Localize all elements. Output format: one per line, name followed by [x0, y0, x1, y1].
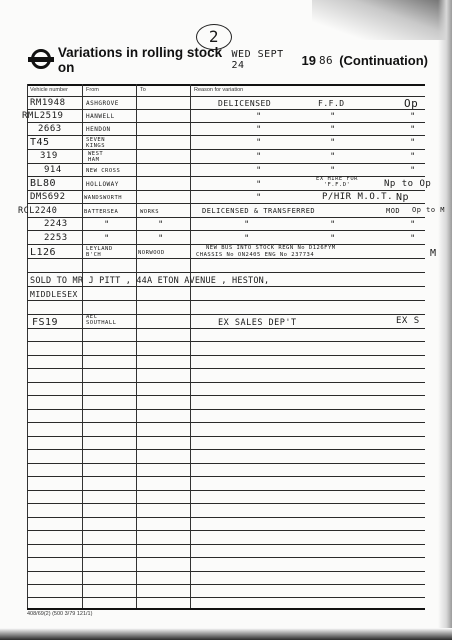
row-rule	[27, 176, 425, 177]
reason: "	[256, 152, 262, 162]
page-shadow-top	[312, 0, 452, 40]
sold-note-line1: SOLD TO MR J PITT , 44A ETON AVENUE , HE…	[30, 276, 269, 286]
row-rule	[27, 230, 425, 231]
vehicle-number: 319	[40, 151, 58, 161]
title-year-prefix: 19	[301, 53, 315, 68]
vehicle-number: 914	[44, 165, 62, 175]
table-bottom-rule	[27, 608, 425, 610]
row-rule	[27, 544, 425, 545]
reason-detail: "	[330, 138, 336, 148]
reason: DELICENSED	[218, 99, 271, 108]
from-depot: ASHGROVE	[86, 101, 119, 107]
reason: "	[244, 220, 250, 230]
reason-detail: "	[330, 112, 336, 122]
form-reference: 408/69(2) (500 3/79 121/1)	[27, 611, 92, 617]
status-code: Np to Op	[384, 179, 431, 189]
header-to: To	[140, 87, 146, 93]
status-code: "	[410, 220, 416, 230]
vehicle-number: BL80	[30, 178, 56, 189]
header-from: From	[86, 87, 99, 93]
reason: "	[256, 125, 262, 135]
status-code: "	[410, 112, 416, 122]
to-depot: "	[158, 220, 164, 230]
page-shadow-right	[438, 0, 452, 640]
reason: "	[256, 193, 262, 203]
to-depot: NORWOOD	[138, 250, 165, 256]
from-depot: AEC SOUTHALL	[86, 314, 122, 326]
reason-detail: MOD	[386, 207, 400, 215]
row-rule	[27, 258, 425, 259]
row-rule	[27, 557, 425, 558]
title-text: Variations in rolling stock on	[58, 45, 228, 75]
row-rule	[27, 355, 425, 356]
from-depot: HOLLOWAY	[86, 182, 119, 188]
from-depot: WANDSWORTH	[84, 195, 122, 201]
status-code: "	[410, 138, 416, 148]
row-rule	[27, 530, 425, 531]
to-depot: WORKS	[140, 209, 159, 215]
vehicle-number: RM1948	[30, 98, 66, 108]
reason-detail: F.F.D	[318, 99, 345, 108]
reason: EX SALES DEP'T	[218, 318, 297, 328]
vehicle-number: RCL2240	[18, 206, 57, 216]
status-code: Op to M	[412, 206, 445, 214]
title-date: WED SEPT 24	[232, 49, 298, 71]
header-vehicle-number: Vehicle number	[30, 87, 68, 93]
row-rule	[27, 422, 425, 423]
row-rule	[27, 436, 425, 437]
row-rule	[27, 463, 425, 464]
status-code: "	[410, 166, 416, 176]
reason-detail: EX HIRE FOR 'F.F.D'	[312, 176, 362, 188]
row-rule	[27, 449, 425, 450]
status-code: "	[410, 234, 416, 244]
row-rule	[27, 517, 425, 518]
row-rule	[27, 217, 425, 218]
reason: "	[256, 166, 262, 176]
reason: "	[256, 112, 262, 122]
row-rule	[27, 149, 425, 150]
row-rule	[27, 135, 425, 136]
row-rule	[27, 109, 425, 110]
title-continuation: (Continuation)	[339, 53, 428, 68]
row-rule	[27, 163, 425, 164]
from-depot: LEYLAND B'CH	[86, 246, 122, 258]
from-depot: "	[104, 220, 110, 230]
reason: NEW BUS INTO STOCK REGN No D126FYM	[206, 245, 336, 251]
row-rule	[27, 96, 425, 97]
reason: DELICENSED & TRANSFERRED	[202, 207, 315, 215]
row-rule	[27, 476, 425, 477]
reason: "	[256, 138, 262, 148]
status-code: M	[430, 248, 437, 259]
reason-detail: P/HIR M.O.T.	[322, 192, 393, 202]
from-depot: WEST HAM	[88, 151, 118, 163]
row-rule	[27, 571, 425, 572]
london-transport-roundel-icon	[28, 49, 52, 71]
header-reason: Reason for variation	[194, 87, 243, 93]
row-rule	[27, 203, 425, 204]
row-rule	[27, 328, 425, 329]
status-code: EX S	[396, 316, 420, 326]
row-rule	[27, 122, 425, 123]
row-rule	[27, 368, 425, 369]
vehicle-number: 2663	[38, 124, 62, 134]
vehicle-number: DMS692	[30, 192, 66, 202]
reason-detail: CHASSIS No ON2405 ENG No 237734	[196, 252, 314, 258]
title-year: 86	[319, 54, 333, 67]
row-rule	[27, 286, 425, 287]
vehicle-number: RML2519	[22, 111, 63, 121]
status-code: Np	[396, 192, 409, 203]
vehicle-number: L126	[30, 247, 56, 258]
row-rule	[27, 490, 425, 491]
from-depot: HENDON	[86, 127, 111, 133]
row-rule	[27, 584, 425, 585]
status-code: Op	[404, 97, 418, 110]
vehicle-number: 2253	[44, 233, 68, 243]
from-depot: NEW CROSS	[86, 168, 120, 174]
from-depot: BATTERSEA	[84, 209, 118, 215]
reason-detail: "	[330, 166, 336, 176]
row-rule	[27, 382, 425, 383]
reason-detail: "	[330, 152, 336, 162]
from-depot: SEVEN KINGS	[86, 137, 126, 149]
row-rule	[27, 341, 425, 342]
page-shadow-bottom	[0, 628, 452, 640]
to-depot: "	[158, 234, 164, 244]
row-rule	[27, 300, 425, 301]
status-code: "	[410, 125, 416, 135]
status-code: "	[410, 152, 416, 162]
table-top-rule	[27, 84, 425, 86]
row-rule	[27, 395, 425, 396]
form-title: Variations in rolling stock on WED SEPT …	[28, 49, 428, 71]
reason: "	[244, 234, 250, 244]
reason: "	[256, 180, 262, 190]
row-rule	[27, 597, 425, 598]
vehicle-number: 2243	[44, 219, 68, 229]
reason-detail: "	[330, 125, 336, 135]
row-rule	[27, 409, 425, 410]
from-depot: HANWELL	[86, 114, 115, 120]
vehicle-number: FS19	[32, 317, 58, 328]
sold-note-line2: MIDDLESEX	[30, 290, 78, 299]
vehicle-number: T45	[30, 137, 50, 148]
reason-detail: "	[330, 220, 336, 230]
from-depot: "	[104, 234, 110, 244]
row-rule	[27, 190, 425, 191]
row-rule	[27, 272, 425, 273]
row-rule	[27, 503, 425, 504]
reason-detail: "	[330, 234, 336, 244]
